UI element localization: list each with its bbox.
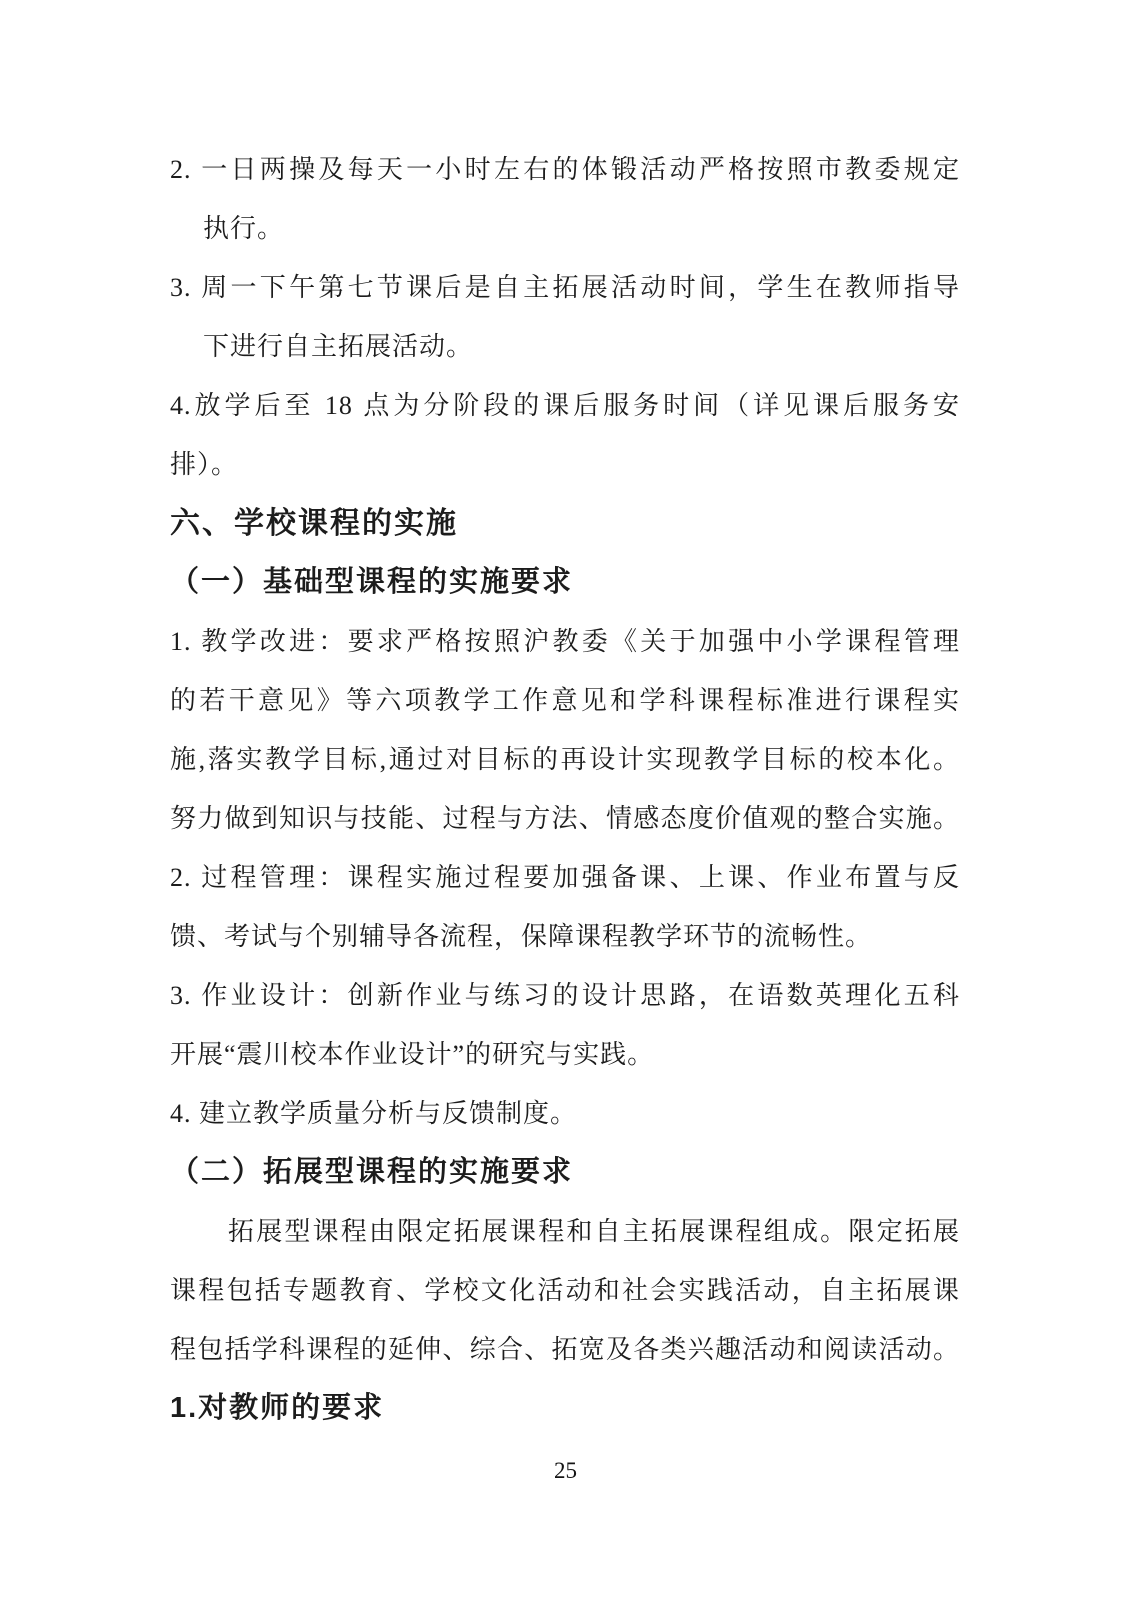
section-heading-six: 六、学校课程的实施 bbox=[170, 494, 960, 553]
text-line: 拓展型课程由限定拓展课程和自主拓展课程组成。限定拓展 bbox=[170, 1202, 960, 1261]
body-paragraph-extended-courses: 拓展型课程由限定拓展课程和自主拓展课程组成。限定拓展 课程包括专题教育、学校文化… bbox=[170, 1202, 960, 1379]
list-item-quality-analysis: 4. 建立教学质量分析与反馈制度。 bbox=[170, 1084, 960, 1143]
text-line: 排）。 bbox=[170, 435, 960, 494]
text-line: 的若干意见》等六项教学工作意见和学科课程标准进行课程实 bbox=[170, 671, 960, 730]
page-number: 25 bbox=[0, 1456, 1131, 1486]
page-body: 2. 一日两操及每天一小时左右的体锻活动严格按照市教委规定 执行。 3. 周一下… bbox=[170, 140, 960, 1438]
subsection-heading-one: （一）基础型课程的实施要求 bbox=[170, 553, 960, 612]
text-line: 程包括学科课程的延伸、综合、拓宽及各类兴趣活动和阅读活动。 bbox=[170, 1320, 960, 1379]
text-line: 馈、考试与个别辅导各流程，保障课程教学环节的流畅性。 bbox=[170, 907, 960, 966]
text-line: 施,落实教学目标,通过对目标的再设计实现教学目标的校本化。 bbox=[170, 730, 960, 789]
list-item-homework-design: 3. 作业设计：创新作业与练习的设计思路，在语数英理化五科 开展“震川校本作业设… bbox=[170, 966, 960, 1084]
text-line: 3. 作业设计：创新作业与练习的设计思路，在语数英理化五科 bbox=[170, 966, 960, 1025]
text-line: 执行。 bbox=[170, 199, 960, 258]
list-item-4: 4.放学后至 18 点为分阶段的课后服务时间（详见课后服务安 排）。 bbox=[170, 376, 960, 494]
text-line: 1. 教学改进：要求严格按照沪教委《关于加强中小学课程管理 bbox=[170, 612, 960, 671]
text-line: 下进行自主拓展活动。 bbox=[170, 317, 960, 376]
text-line: 开展“震川校本作业设计”的研究与实践。 bbox=[170, 1025, 960, 1084]
text-line: 3. 周一下午第七节课后是自主拓展活动时间，学生在教师指导 bbox=[170, 258, 960, 317]
subsection-heading-two: （二）拓展型课程的实施要求 bbox=[170, 1143, 960, 1202]
section-heading-text: 六、学校课程的实施 bbox=[170, 494, 960, 553]
sub-heading-teacher-requirements: 1.对教师的要求 bbox=[170, 1379, 960, 1438]
text-line: 2. 过程管理：课程实施过程要加强备课、上课、作业布置与反 bbox=[170, 848, 960, 907]
text-line: 课程包括专题教育、学校文化活动和社会实践活动，自主拓展课 bbox=[170, 1261, 960, 1320]
document-page: 2. 一日两操及每天一小时左右的体锻活动严格按照市教委规定 执行。 3. 周一下… bbox=[0, 0, 1131, 1600]
text-line: 2. 一日两操及每天一小时左右的体锻活动严格按照市教委规定 bbox=[170, 140, 960, 199]
subsection-heading-text: （二）拓展型课程的实施要求 bbox=[170, 1143, 960, 1202]
list-item-2: 2. 一日两操及每天一小时左右的体锻活动严格按照市教委规定 执行。 bbox=[170, 140, 960, 258]
list-item-3: 3. 周一下午第七节课后是自主拓展活动时间，学生在教师指导 下进行自主拓展活动。 bbox=[170, 258, 960, 376]
list-item-teaching-improvement: 1. 教学改进：要求严格按照沪教委《关于加强中小学课程管理 的若干意见》等六项教… bbox=[170, 612, 960, 848]
list-item-process-management: 2. 过程管理：课程实施过程要加强备课、上课、作业布置与反 馈、考试与个别辅导各… bbox=[170, 848, 960, 966]
subsection-heading-text: （一）基础型课程的实施要求 bbox=[170, 553, 960, 612]
text-line: 努力做到知识与技能、过程与方法、情感态度价值观的整合实施。 bbox=[170, 789, 960, 848]
text-line: 4. 建立教学质量分析与反馈制度。 bbox=[170, 1084, 960, 1143]
text-line: 4.放学后至 18 点为分阶段的课后服务时间（详见课后服务安 bbox=[170, 376, 960, 435]
sub-heading-text: 1.对教师的要求 bbox=[170, 1379, 960, 1438]
